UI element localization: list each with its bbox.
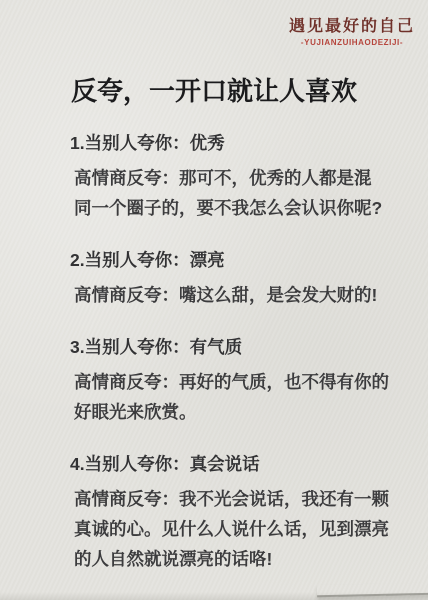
paper-poster: 遇见最好的自己 -YUJIANZUIHAODEZIJI- 反夸，一开口就让人喜欢…	[0, 0, 428, 600]
brand-romanized: -YUJIANZUIHAODEZIJI-	[289, 38, 415, 47]
list-item: 3.当别人夸你：有气质 高情商反夸：再好的气质，也不得有你的 好眼光来欣赏。	[70, 336, 400, 427]
list-item: 2.当别人夸你：漂亮 高情商反夸：嘴这么甜，是会发大财的!	[70, 249, 400, 310]
item-reply: 高情商反夸：再好的气质，也不得有你的 好眼光来欣赏。	[74, 367, 400, 427]
item-reply: 高情商反夸：我不光会说话，我还有一颗 真诚的心。见什么人说什么话，见到漂亮 的人…	[74, 484, 400, 574]
brand-block: 遇见最好的自己 -YUJIANZUIHAODEZIJI-	[289, 13, 415, 47]
tips-list: 1.当别人夸你：优秀 高情商反夸：那可不，优秀的人都是混 同一个圈子的，要不我怎…	[70, 132, 400, 600]
item-reply: 高情商反夸：嘴这么甜，是会发大财的!	[74, 280, 400, 310]
list-item: 4.当别人夸你：真会说话 高情商反夸：我不光会说话，我还有一颗 真诚的心。见什么…	[70, 453, 400, 574]
item-header: 1.当别人夸你：优秀	[70, 132, 400, 154]
list-item: 1.当别人夸你：优秀 高情商反夸：那可不，优秀的人都是混 同一个圈子的，要不我怎…	[70, 132, 400, 223]
brand-name: 遇见最好的自己	[289, 13, 415, 36]
item-header: 2.当别人夸你：漂亮	[70, 249, 400, 271]
item-header: 4.当别人夸你：真会说话	[70, 453, 400, 475]
item-header: 3.当别人夸你：有气质	[70, 336, 400, 358]
page-title: 反夸，一开口就让人喜欢	[0, 71, 428, 108]
item-reply: 高情商反夸：那可不，优秀的人都是混 同一个圈子的，要不我怎么会认识你呢?	[74, 163, 400, 223]
